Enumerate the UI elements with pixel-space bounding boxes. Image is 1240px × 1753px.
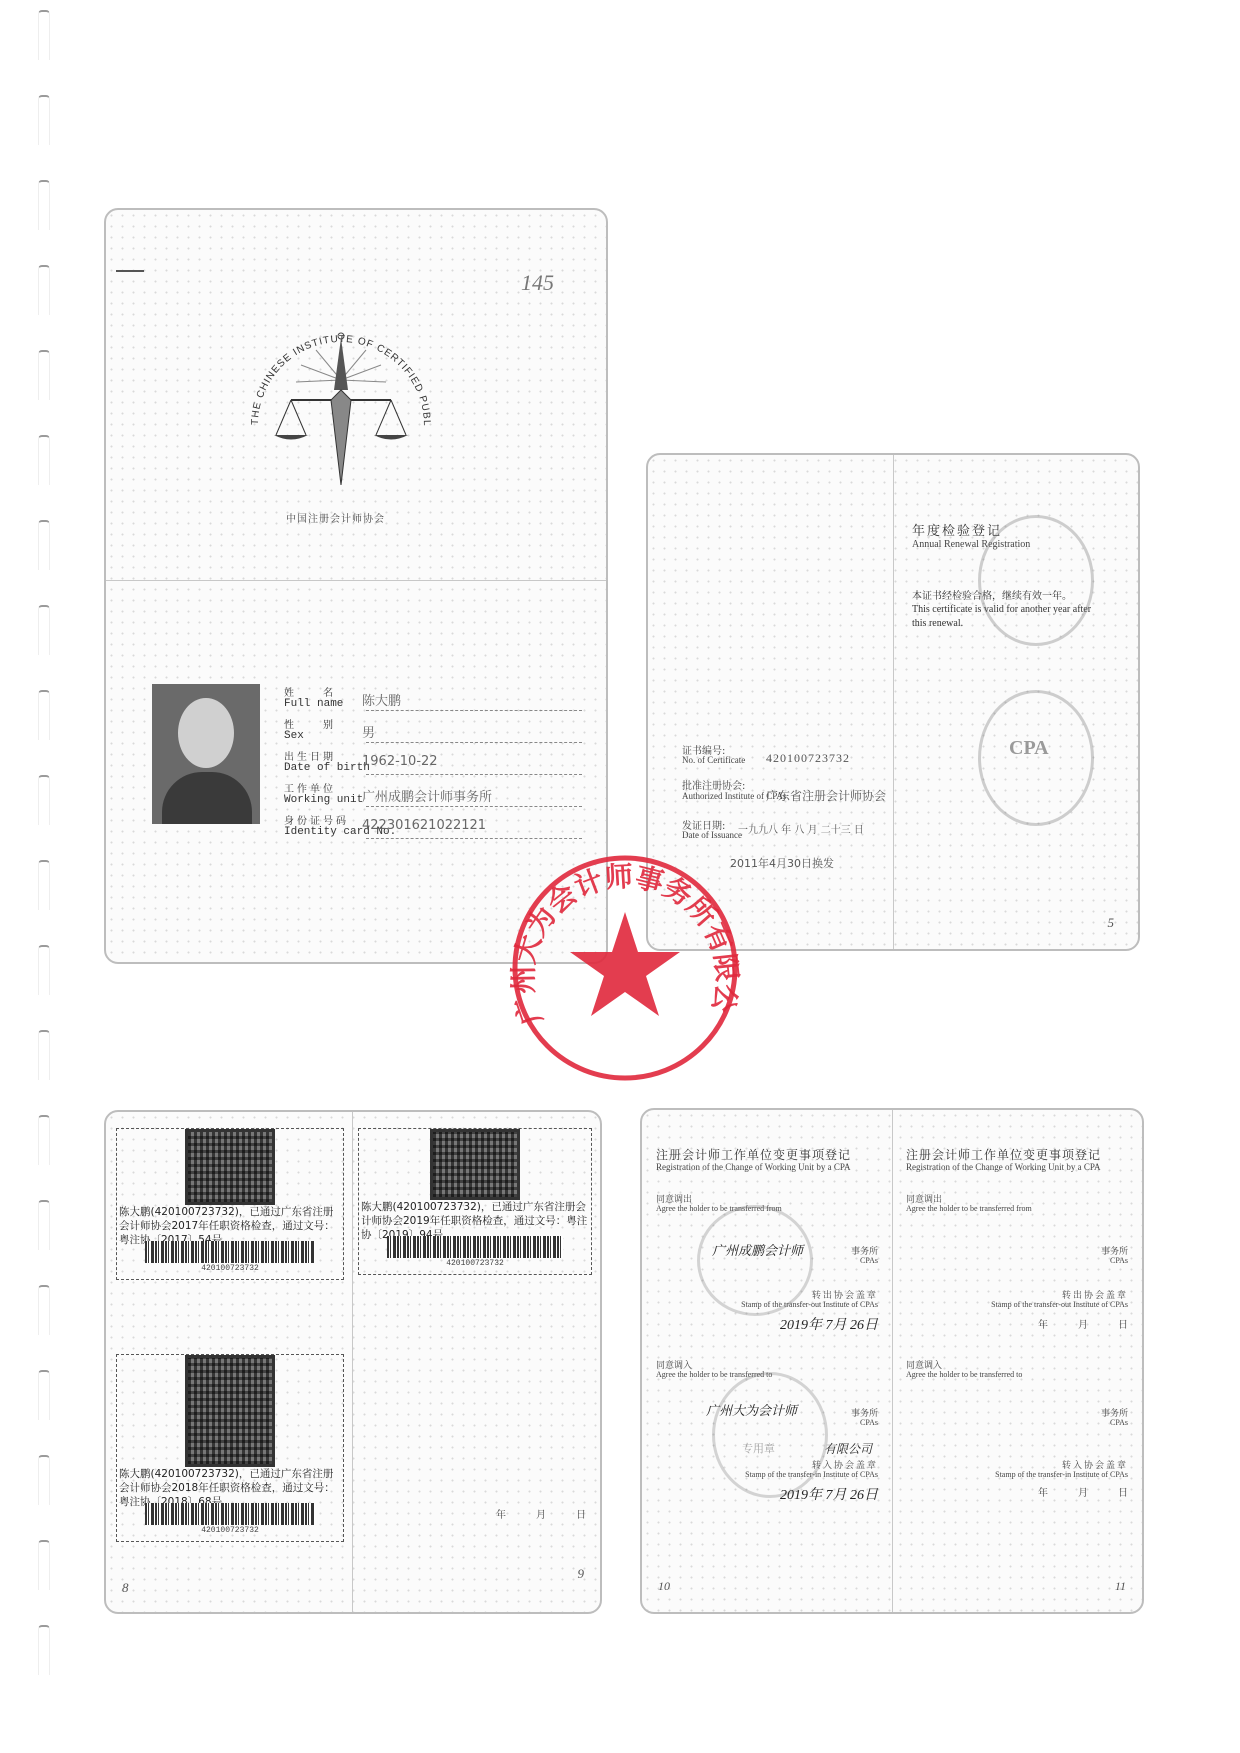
company-red-seal-icon: 广州大为会计师事务所有限公司 xyxy=(505,850,745,1090)
binder-hole xyxy=(38,1540,50,1590)
info-field-row: 工作单位Working unit广州成鹏会计师事务所 xyxy=(284,780,584,812)
qr-code-icon xyxy=(185,1129,275,1205)
info-field-row: 出生日期Date of birth1962-10-22 xyxy=(284,748,584,780)
binder-hole xyxy=(38,1115,50,1165)
id-photo xyxy=(152,684,260,824)
binder-hole xyxy=(38,10,50,60)
qr-code-icon xyxy=(185,1355,275,1467)
field-value: 男 xyxy=(362,722,375,741)
cicpa-logo-icon: THE CHINESE INSTITUTE OF CERTIFIED PUBLI… xyxy=(236,320,446,510)
barcode-number: 420100723732 xyxy=(359,1259,591,1268)
field-label-en: Date of birth xyxy=(284,762,370,774)
annual-sticker-page: 陈大鹏(420100723732)，已通过广东省注册会计师协会2017年任职资格… xyxy=(104,1110,602,1614)
binder-hole xyxy=(38,435,50,485)
date-day-label: 日 xyxy=(576,1506,586,1521)
transfer-in-label-en: Agree the holder to be transferred to xyxy=(906,1370,1022,1379)
authorized-value: 广东省注册会计师协会 xyxy=(766,787,886,804)
binder-hole xyxy=(38,265,50,315)
handwritten-mark: 145 xyxy=(521,270,554,296)
field-label-en: Working unit xyxy=(284,794,363,806)
in-date-labels: 年 月 日 xyxy=(1038,1484,1128,1499)
authorized-label: 批准注册协会: xyxy=(682,777,745,792)
out-date: 2019年 7月 26日 xyxy=(780,1314,878,1334)
info-field-row: 身份证号码Identity card No.422301621022121 xyxy=(284,812,584,844)
transfer-title-en: Registration of the Change of Working Un… xyxy=(656,1162,851,1172)
info-field-row: 性 别Sex男 xyxy=(284,716,584,748)
page-number-right: 9 xyxy=(578,1566,585,1582)
binder-hole xyxy=(38,520,50,570)
issuance-label-en: Date of Issuance xyxy=(682,830,742,840)
annual-check-sticker: 陈大鹏(420100723732)，已通过广东省注册会计师协会2019年任职资格… xyxy=(358,1128,592,1275)
qr-code-icon xyxy=(430,1129,520,1200)
in-date: 2019年 7月 26日 xyxy=(780,1484,878,1504)
field-label-cn: 身份证号码 xyxy=(284,812,349,827)
firm-suffix-en: CPAs xyxy=(860,1256,878,1265)
field-label-cn: 出生日期 xyxy=(284,748,336,763)
annual-check-stamp-2: CPA xyxy=(978,690,1094,826)
binder-hole xyxy=(38,350,50,400)
barcode-icon xyxy=(145,1503,315,1525)
field-value: 广州成鹏会计师事务所 xyxy=(362,786,492,805)
page-number-left: 8 xyxy=(122,1580,129,1596)
page-fold xyxy=(352,1112,353,1612)
binder-hole xyxy=(38,95,50,145)
binder-hole xyxy=(38,945,50,995)
firm-suffix-en: CPAs xyxy=(1110,1256,1128,1265)
binder-hole xyxy=(38,775,50,825)
annual-check-sticker: 陈大鹏(420100723732)，已通过广东省注册会计师协会2017年任职资格… xyxy=(116,1128,344,1280)
binder-hole xyxy=(38,1285,50,1335)
renewal-title: 年度检验登记 xyxy=(912,520,1002,539)
binder-hole xyxy=(38,1030,50,1080)
barcode-icon xyxy=(145,1241,315,1263)
barcode-number: 420100723732 xyxy=(117,1526,343,1535)
binder-hole xyxy=(38,1625,50,1675)
in-stamp-label-en: Stamp of the transfer-in Institute of CP… xyxy=(995,1470,1128,1479)
in-stamp-label-en: Stamp of the transfer-in Institute of CP… xyxy=(745,1470,878,1479)
transfer-title-en: Registration of the Change of Working Un… xyxy=(906,1162,1101,1172)
field-value: 1962-10-22 xyxy=(362,754,438,769)
cert-no-label-en: No. of Certificate xyxy=(682,755,745,765)
cpa-stamp-text: CPA xyxy=(1009,737,1049,760)
binder-hole xyxy=(38,180,50,230)
binder-hole xyxy=(38,860,50,910)
barcode-icon xyxy=(387,1236,563,1258)
page-fold xyxy=(893,455,894,949)
field-value: 422301621022121 xyxy=(362,818,486,833)
reissue-note: 2011年4月30日换发 xyxy=(730,855,834,871)
field-value: 陈大鹏 xyxy=(362,690,401,709)
pencil-mark xyxy=(116,270,144,272)
in-firm-extra-handwritten: 有限公司 xyxy=(824,1440,872,1457)
barcode-number: 420100723732 xyxy=(117,1264,343,1273)
page-fold xyxy=(106,580,606,581)
transfer-out-stamp xyxy=(697,1205,813,1316)
field-label-en: Sex xyxy=(284,730,304,742)
field-label-cn: 工作单位 xyxy=(284,780,336,795)
binder-hole xyxy=(38,1370,50,1420)
transfer-title: 注册会计师工作单位变更事项登记 xyxy=(906,1146,1101,1163)
date-month-label: 月 xyxy=(536,1506,546,1521)
page-number: 10 xyxy=(658,1579,670,1594)
binder-hole xyxy=(38,1455,50,1505)
out-date-labels: 年 月 日 xyxy=(1038,1316,1128,1331)
binder-hole xyxy=(38,690,50,740)
annual-check-sticker: 陈大鹏(420100723732)，已通过广东省注册会计师协会2018年任职资格… xyxy=(116,1354,344,1542)
binder-hole xyxy=(38,605,50,655)
transfer-in-stamp xyxy=(712,1372,828,1498)
page-number: 11 xyxy=(1115,1579,1126,1594)
field-label-en: Full name xyxy=(284,698,343,710)
cert-no-value: 420100723732 xyxy=(766,751,850,766)
date-year-label: 年 xyxy=(496,1506,506,1521)
annual-check-stamp-1 xyxy=(978,515,1094,646)
page-number: 5 xyxy=(1108,915,1115,931)
transfer-title: 注册会计师工作单位变更事项登记 xyxy=(656,1146,851,1163)
firm-suffix-in-en: CPAs xyxy=(1110,1418,1128,1427)
info-field-row: 姓 名Full name陈大鹏 xyxy=(284,684,584,716)
field-label-cn: 姓 名 xyxy=(284,684,336,699)
stamp-text: 专用章 xyxy=(742,1440,775,1456)
field-label-cn: 性 别 xyxy=(284,716,336,731)
transfer-out-label-en: Agree the holder to be transferred from xyxy=(906,1204,1032,1213)
logo-cn-text: 中国注册会计师协会 xyxy=(286,510,385,525)
firm-suffix-in-en: CPAs xyxy=(860,1418,878,1427)
binder-hole xyxy=(38,1200,50,1250)
issuance-value: 一九九八 年 八 月 二十三 日 xyxy=(738,821,864,836)
out-stamp-label-en: Stamp of the transfer-out Institute of C… xyxy=(991,1300,1128,1309)
transfer-registration-page: 注册会计师工作单位变更事项登记Registration of the Chang… xyxy=(640,1108,1144,1614)
